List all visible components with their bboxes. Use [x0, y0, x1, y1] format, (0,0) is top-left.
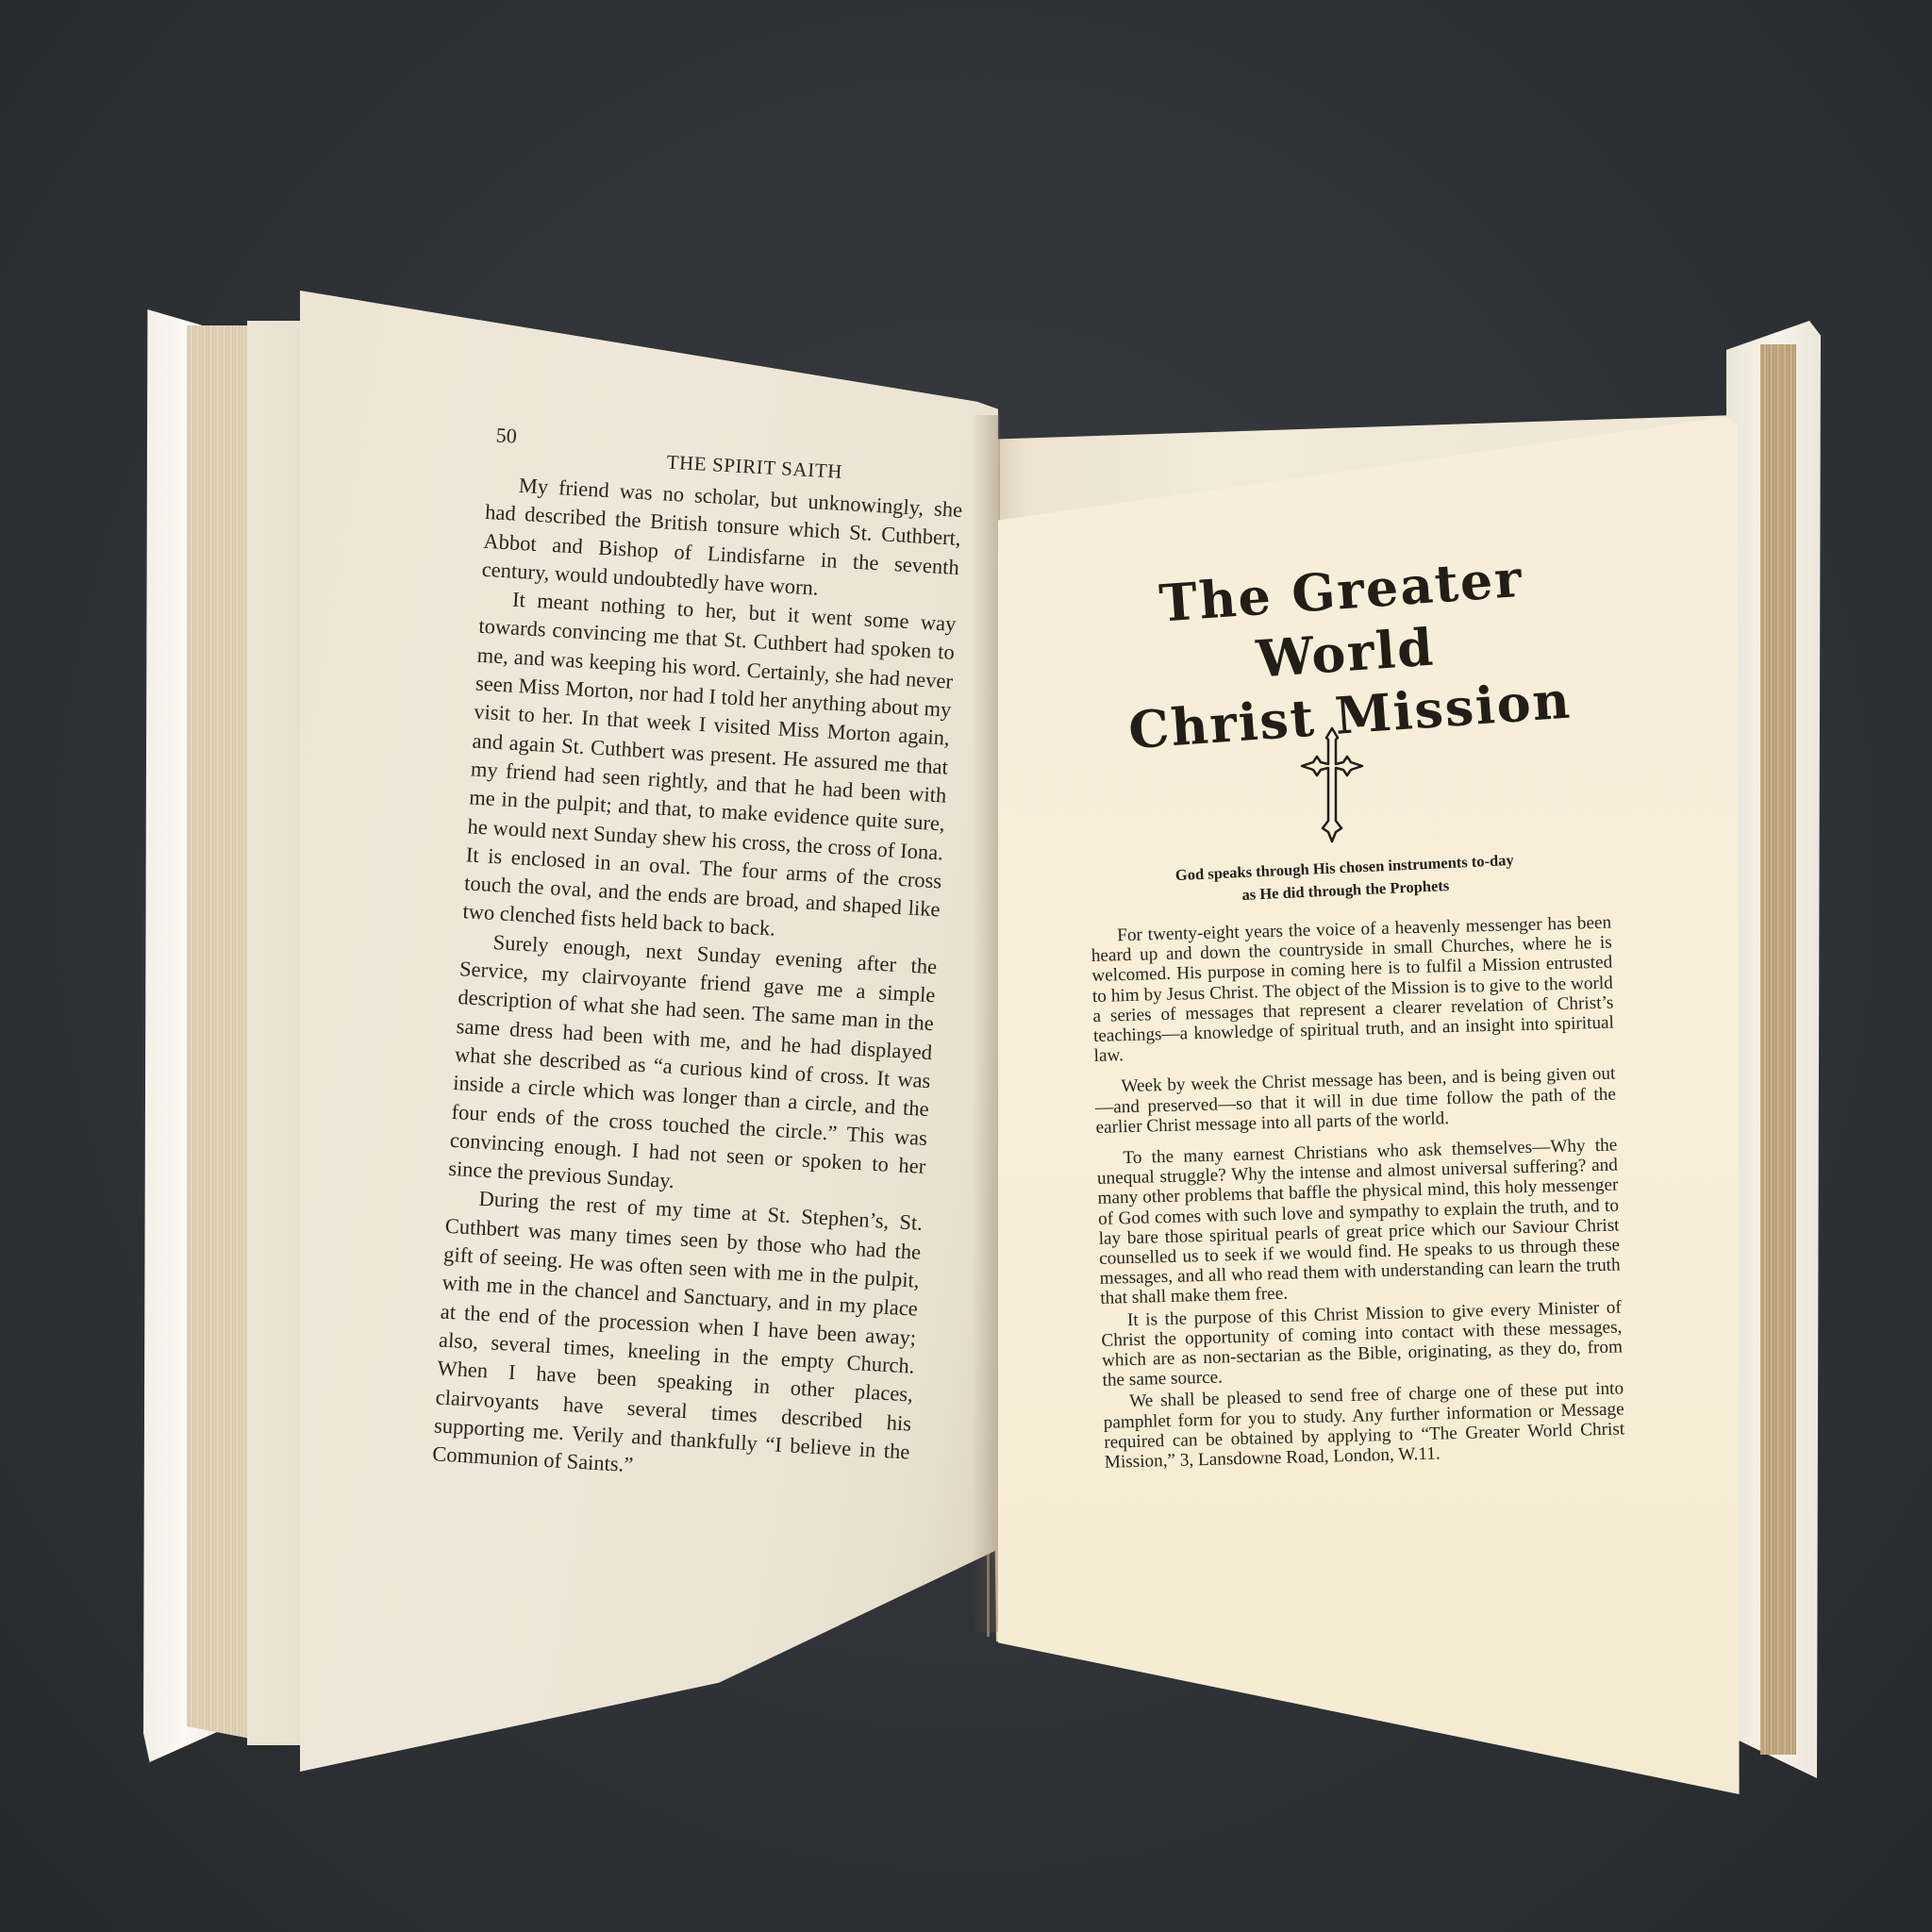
paragraph: We shall be pleased to send free of char… — [1103, 1379, 1625, 1473]
leaflet-body-text: For twenty-eight years the voice of a he… — [1091, 913, 1625, 1485]
cross-icon — [1294, 726, 1370, 844]
page-number: 50 — [495, 421, 518, 450]
paragraph: Surely enough, next Sunday evening after… — [447, 926, 937, 1209]
paragraph: During the rest of my time at St. Stephe… — [432, 1183, 924, 1495]
paragraph: To the many earnest Christians who ask t… — [1096, 1136, 1621, 1309]
paragraph: It is the purpose of this Christ Mission… — [1101, 1297, 1624, 1391]
paragraph: Week by week the Christ message has been… — [1094, 1064, 1616, 1138]
paragraph: For twenty-eight years the voice of a he… — [1091, 913, 1615, 1067]
paragraph: It meant nothing to her, but it went som… — [462, 584, 958, 953]
gutter-shadow — [972, 415, 1000, 1632]
photo-background: 50 THE SPIRIT SAITH My friend was no sch… — [0, 0, 1932, 1932]
left-page-text: 50 THE SPIRIT SAITH My friend was no sch… — [432, 415, 967, 1495]
page-stack-right — [1760, 344, 1796, 1755]
